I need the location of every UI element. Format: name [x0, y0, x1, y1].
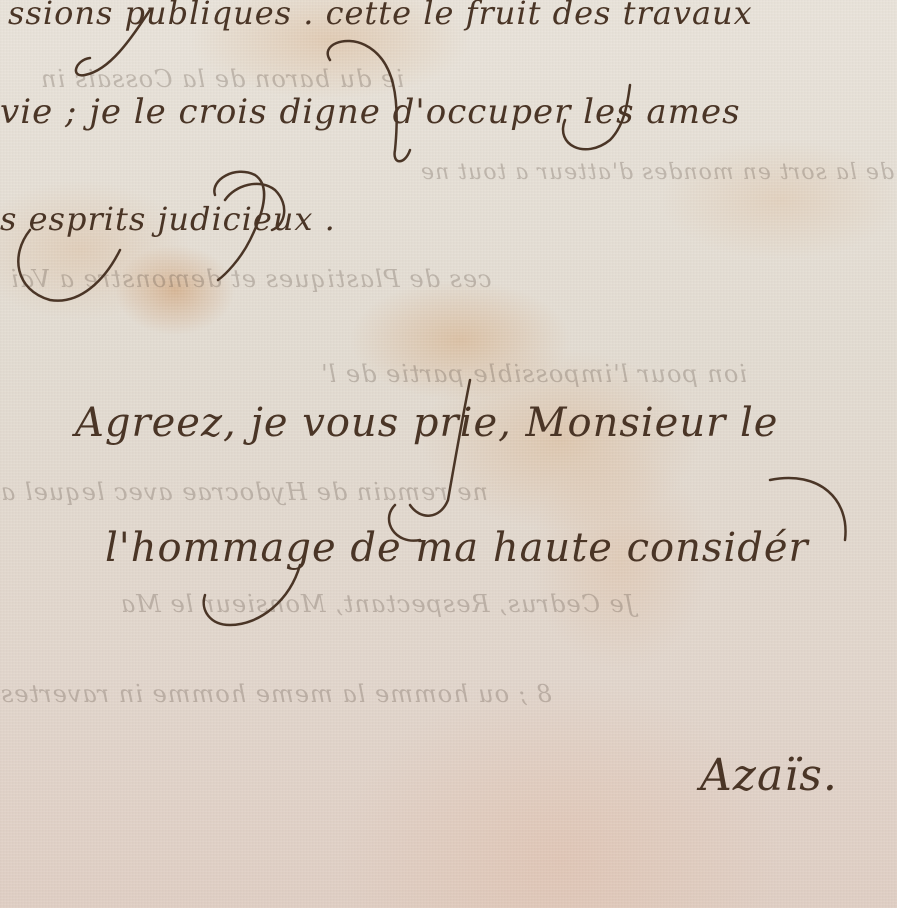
bleed-through-line: ces de Plastiques et demonstre a Vai: [10, 265, 492, 293]
closing-salutation-line-2: l'hommage de ma haute considér: [105, 525, 809, 571]
handwritten-line-2: vie ; je le crois digne d'occuper les am…: [0, 92, 741, 132]
bleed-through-line: 8 ; ou homme la meme homme in ravertes: [0, 680, 552, 708]
bleed-through-line: ion pour l'impossible partie de l': [320, 360, 747, 388]
bleed-through-line: ie du baron de la Cossais in: [40, 65, 404, 93]
closing-salutation-line-1: Agreez, je vous prie, Monsieur le: [75, 400, 778, 446]
bleed-through-line: ne remain de Hydocrae avec lequel a: [0, 478, 488, 506]
bleed-through-line: de la sort en mondes d'atteur a tout ne: [420, 160, 894, 185]
handwritten-line-1: ssions publiques . cette le fruit des tr…: [8, 0, 753, 32]
letter-photograph: ie du baron de la Cossais in de la sort …: [0, 0, 897, 908]
handwritten-line-3: s esprits judicieux .: [0, 200, 336, 238]
bleed-through-line: Je Cedrus, Respectant, Monsieur le Ma: [120, 590, 634, 618]
signature: Azaïs.: [700, 750, 838, 801]
